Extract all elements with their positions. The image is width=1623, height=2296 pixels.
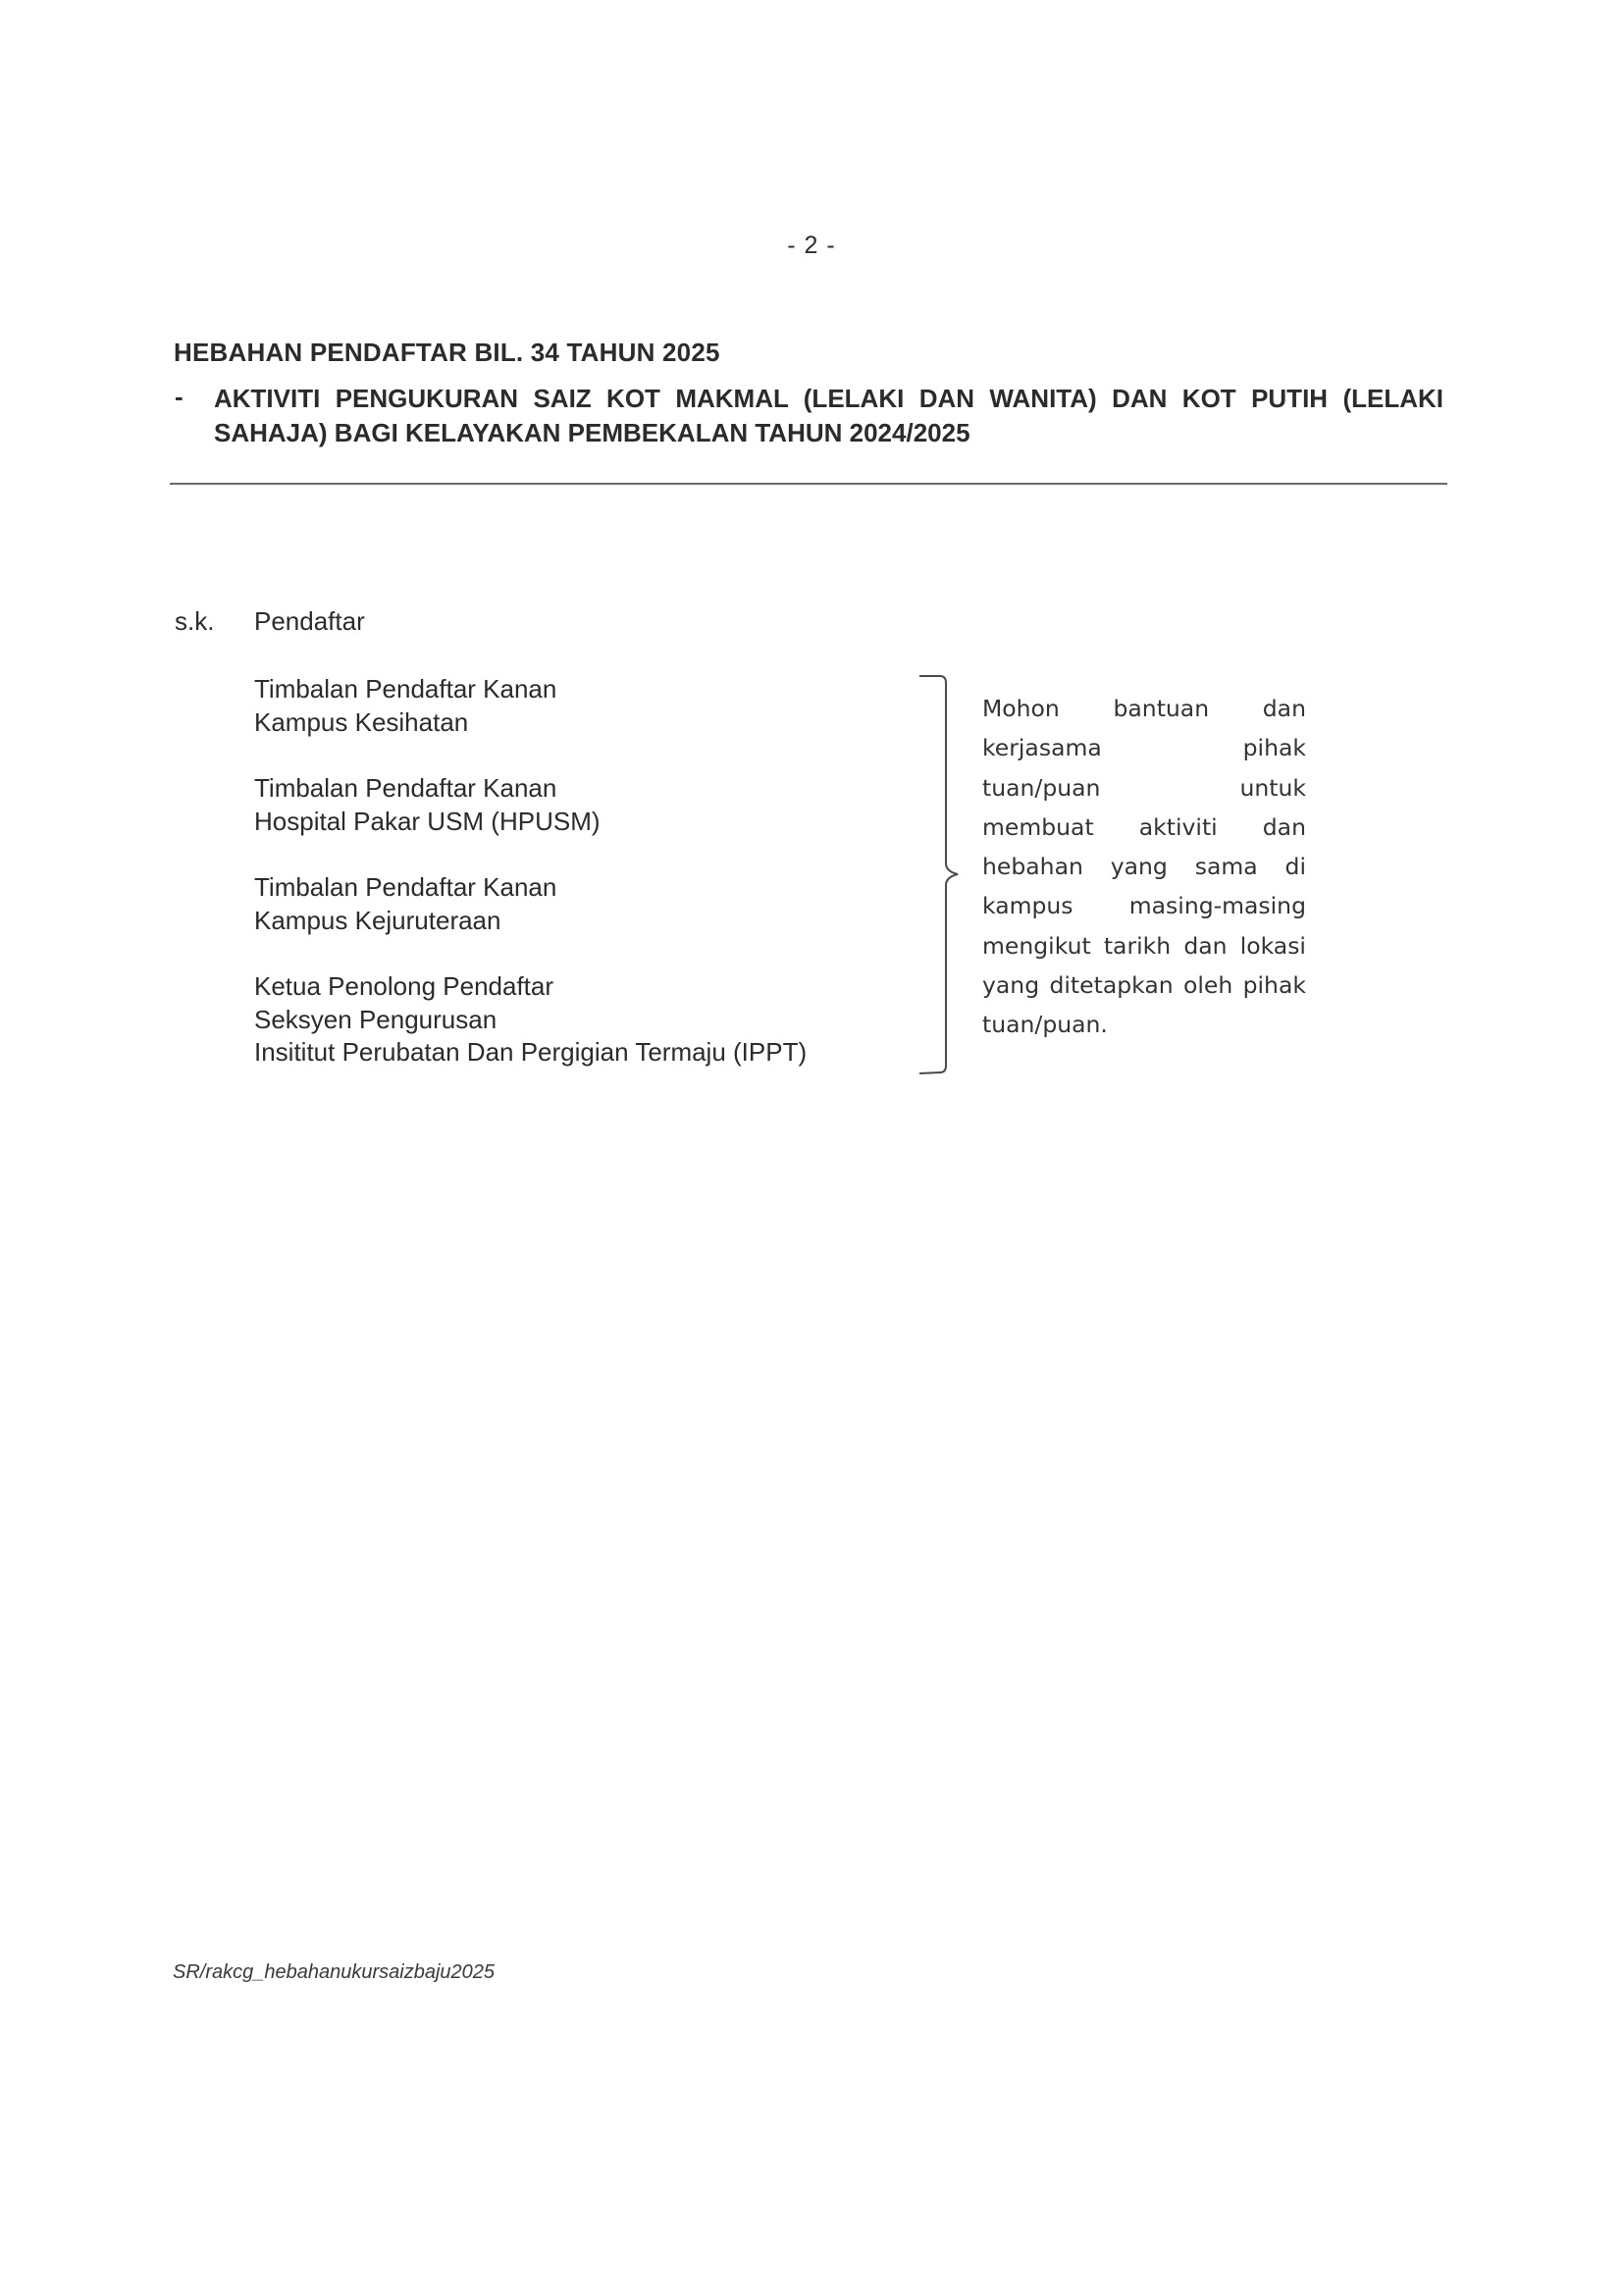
- note-line: tuan/puanuntuk: [982, 768, 1306, 808]
- header-divider: [170, 483, 1447, 485]
- recipient-title: Ketua Penolong Pendaftar: [254, 970, 807, 1004]
- copy-to-recipient-list: Timbalan Pendaftar Kanan Kampus Kesihata…: [254, 673, 807, 1103]
- recipient-title: Timbalan Pendaftar Kanan: [254, 673, 807, 706]
- copy-to-request-note: Mohonbantuandankerjasamapihaktuan/puanun…: [982, 689, 1306, 1045]
- note-line: hebahanyangsamadi: [982, 847, 1306, 886]
- recipient-kampus-kejuruteraan: Timbalan Pendaftar Kanan Kampus Kejurute…: [254, 871, 807, 937]
- note-line: yangditetapkanolehpihak: [982, 965, 1306, 1005]
- note-line: Mohonbantuandan: [982, 689, 1306, 728]
- note-line: mengikuttarikhdanlokasi: [982, 926, 1306, 965]
- file-reference: SR/rakcg_hebahanukursaizbaju2025: [173, 1961, 495, 1984]
- document-subject: AKTIVITI PENGUKURAN SAIZ KOT MAKMAL (LEL…: [214, 382, 1443, 450]
- note-line: kampusmasing-masing: [982, 886, 1306, 925]
- page-number: - 2 -: [0, 232, 1623, 260]
- recipient-title: Timbalan Pendaftar Kanan: [254, 772, 807, 806]
- note-line: tuan/puan.: [982, 1005, 1306, 1044]
- recipient-unit: Insititut Perubatan Dan Pergigian Termaj…: [254, 1036, 807, 1070]
- right-curly-brace-icon: [913, 669, 968, 1081]
- recipient-kampus-kesihatan: Timbalan Pendaftar Kanan Kampus Kesihata…: [254, 673, 807, 739]
- recipient-title: Timbalan Pendaftar Kanan: [254, 871, 807, 905]
- copy-to-primary-recipient: Pendaftar: [254, 606, 365, 637]
- recipient-hpusm: Timbalan Pendaftar Kanan Hospital Pakar …: [254, 772, 807, 838]
- document-title: HEBAHAN PENDAFTAR BIL. 34 TAHUN 2025: [174, 338, 720, 368]
- subject-bullet: -: [175, 382, 183, 412]
- note-line: membuataktivitidan: [982, 808, 1306, 847]
- recipient-unit: Kampus Kejuruteraan: [254, 905, 807, 938]
- recipient-ippt: Ketua Penolong Pendaftar Seksyen Penguru…: [254, 970, 807, 1070]
- copy-to-label: s.k.: [175, 606, 214, 637]
- recipient-section: Seksyen Pengurusan: [254, 1004, 807, 1037]
- recipient-unit: Kampus Kesihatan: [254, 706, 807, 740]
- note-line: kerjasamapihak: [982, 728, 1306, 767]
- recipient-unit: Hospital Pakar USM (HPUSM): [254, 806, 807, 839]
